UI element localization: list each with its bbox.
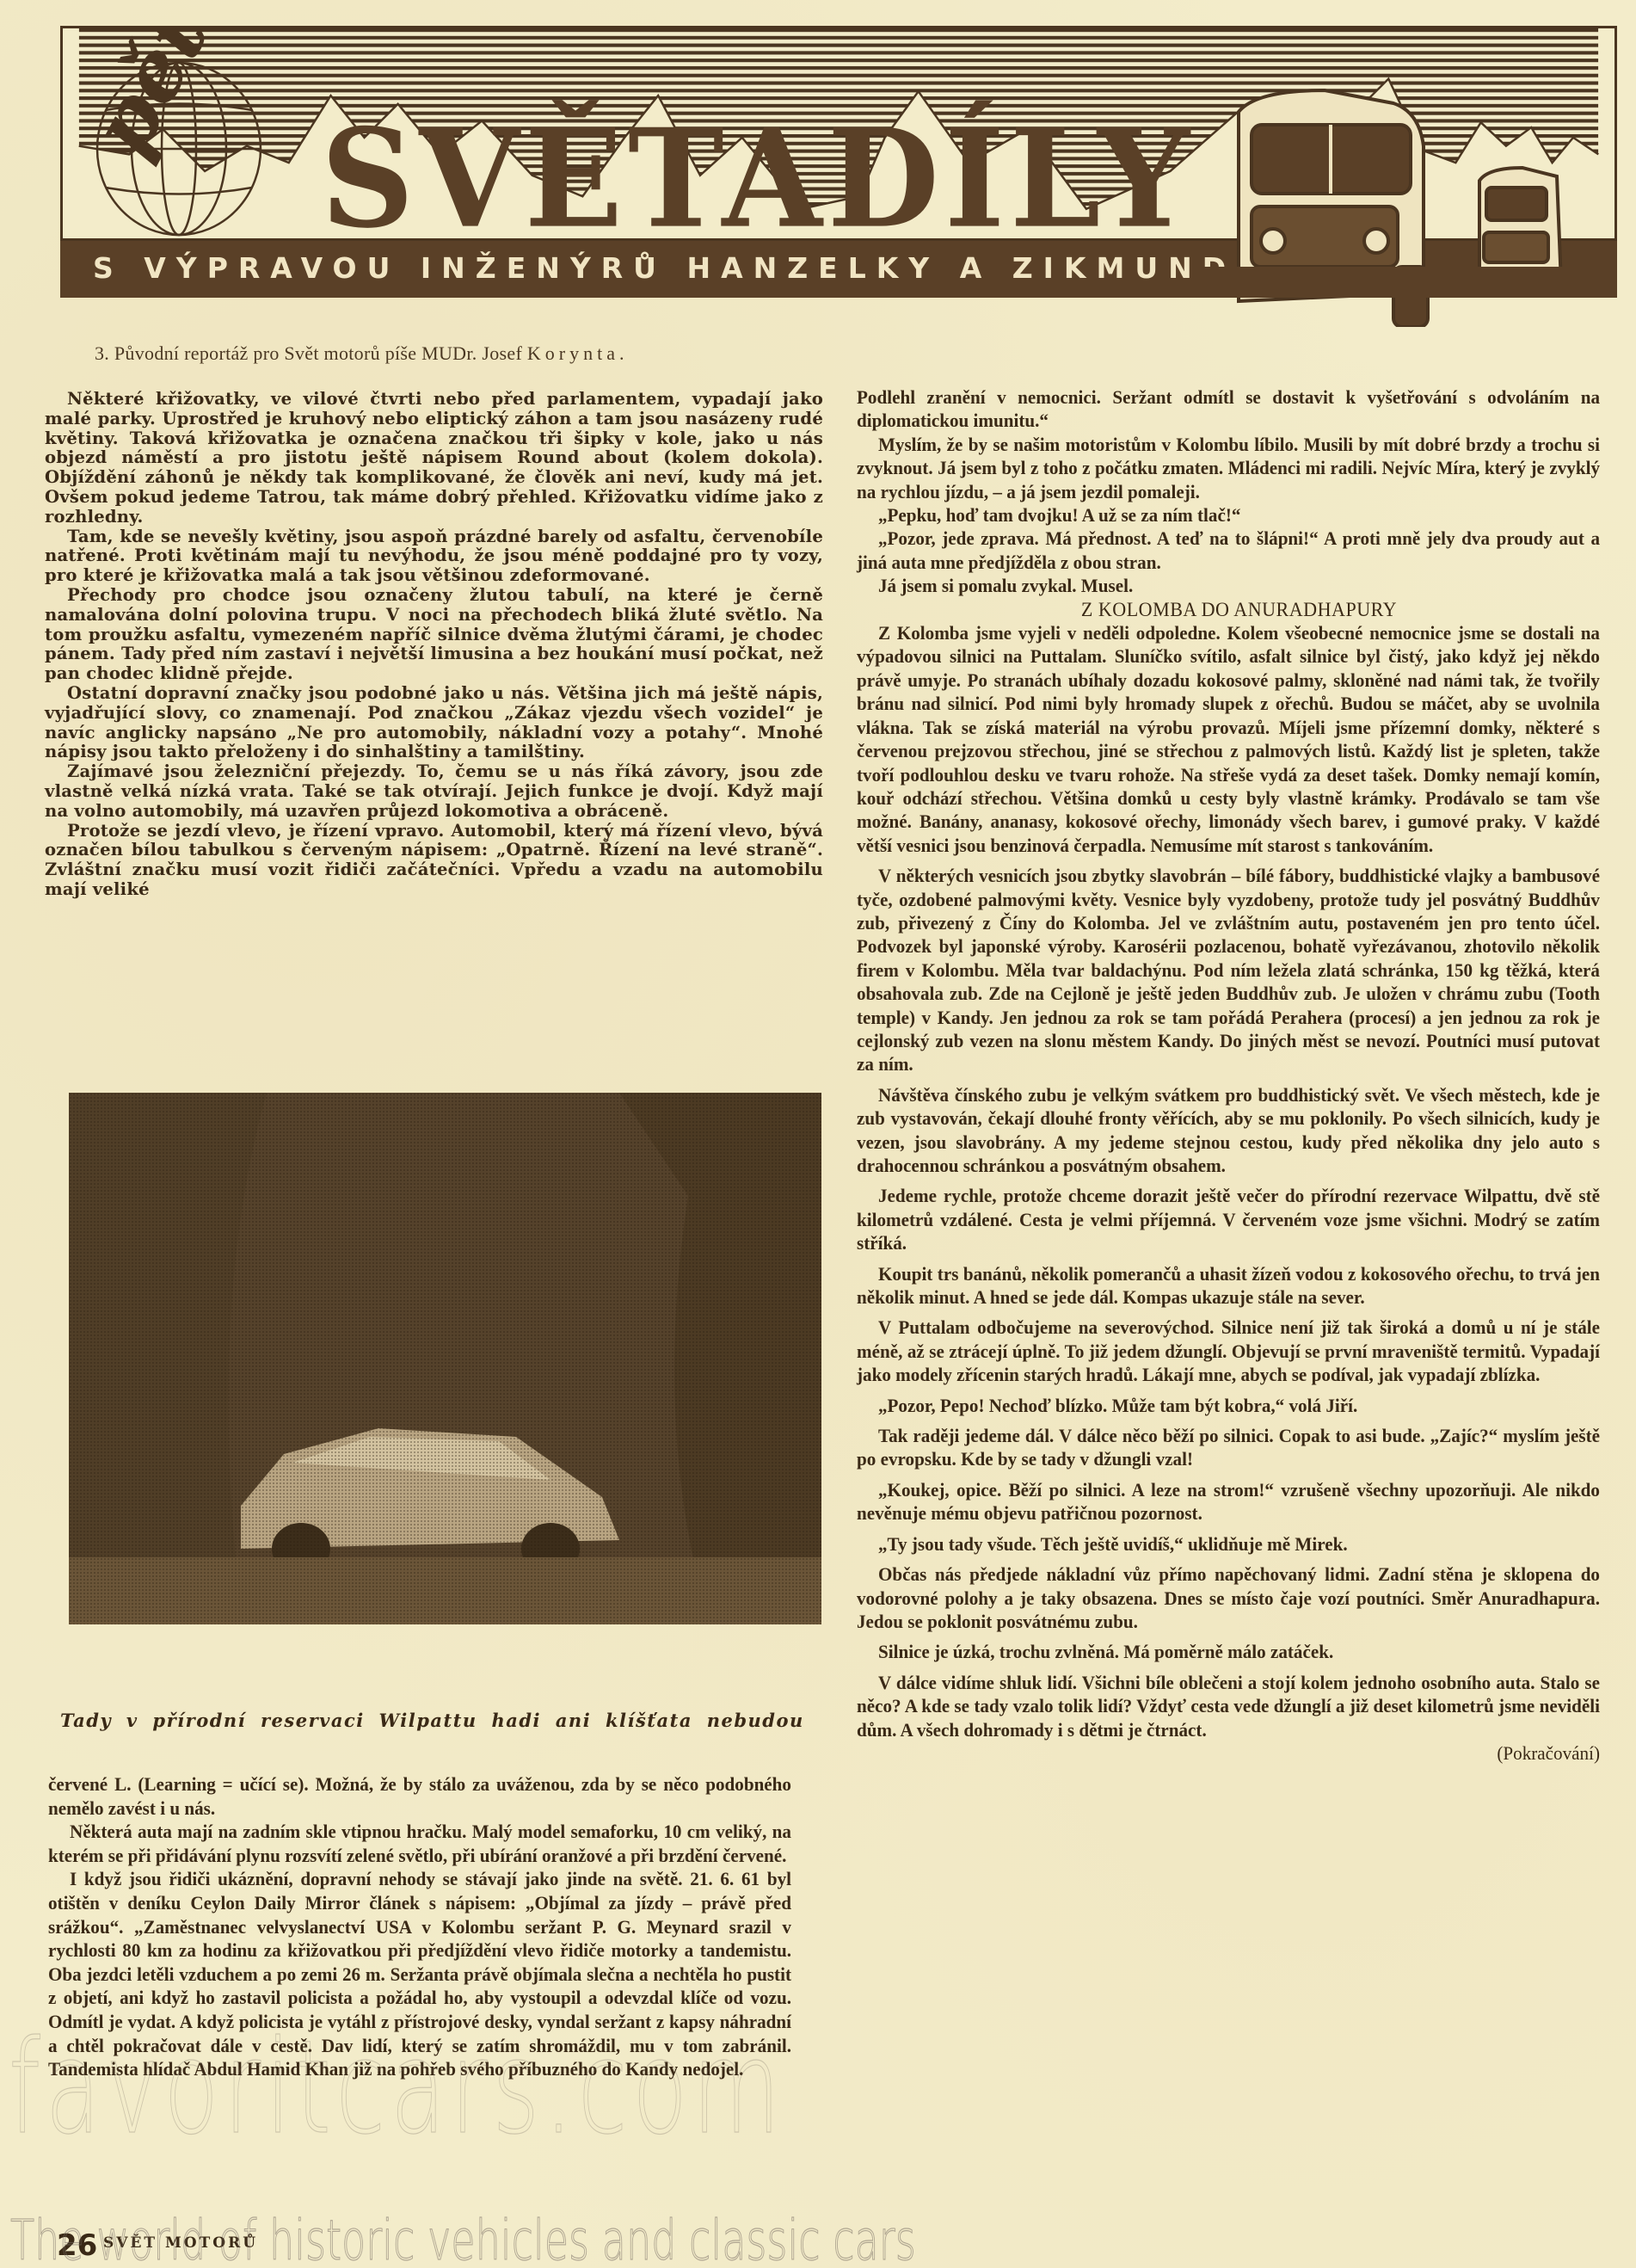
paragraph: Ostatní dopravní značky jsou podobné jak… [45,684,823,762]
article-right-column: Podlehl zranění v nemocnici. Seržant odm… [857,385,1600,1765]
paragraph: Zajímavé jsou železniční přejezdy. To, č… [45,762,823,821]
paragraph: Koupit trs banánů, několik pomerančů a u… [857,1262,1600,1310]
continued-label: (Pokračování) [857,1741,1600,1765]
magazine-name: SVĚT MOTORŮ [103,2234,258,2252]
paragraph: Podlehl zranění v nemocnici. Seržant odm… [857,385,1600,433]
car-under-trees-photo [69,1093,821,1624]
paragraph: Jedeme rychle, protože chceme dorazit je… [857,1184,1600,1254]
paragraph: Některé křižovatky, ve vilové čtvrti neb… [45,390,823,527]
paragraph: Některá auta mají na zadním skle vtipnou… [48,1820,791,1867]
paragraph: Tak raději jedeme dál. V dálce něco běží… [857,1424,1600,1471]
section-heading: Z KOLOMBA DO ANURADHAPURY [857,598,1600,621]
article-photo [69,1093,821,1624]
expedition-trucks-illustration [1204,77,1608,327]
article-left-column-top: Některé křižovatky, ve vilové čtvrti neb… [45,390,823,900]
paragraph: Návštěva čínského zubu je velkým svátkem… [857,1083,1600,1178]
paragraph: „Pepku, hoď tam dvojku! A už se za ním t… [857,503,1600,527]
paragraph: „Pozor, Pepo! Nechoď blízko. Může tam bý… [857,1394,1600,1417]
paragraph: V dálce vidíme shluk lidí. Všichni bíle … [857,1671,1600,1741]
masthead: pěti SVĚTADÍLY S VÝPRAVOU INŽENÝRŮ HANZE… [60,26,1617,318]
masthead-subtitle: S VÝPRAVOU INŽENÝRŮ HANZELKY A ZIKMUNDA [93,251,1269,285]
paragraph: červené L. (Learning = učící se). Možná,… [48,1772,791,1820]
paragraph: Já jsem si pomalu zvykal. Musel. [857,574,1600,597]
paragraph: Z Kolomba jsme vyjeli v neděli odpoledne… [857,621,1600,857]
paragraph: I když jsou řidiči ukáznění, dopravní ne… [48,1867,791,2080]
paragraph: Občas nás předjede nákladní vůz přímo na… [857,1562,1600,1633]
paragraph: Tam, kde se nevešly květiny, jsou aspoň … [45,527,823,586]
paragraph: V některých vesnicích jsou zbytky slavob… [857,864,1600,1076]
byline-author: Korynta. [527,342,629,364]
masthead-title: SVĚTADÍLY [321,111,1195,241]
photo-caption: Tady v přírodní reservaci Wilpattu hadi … [60,1710,826,1731]
paragraph: Myslím, že by se našim motoristům v Kolo… [857,433,1600,503]
paragraph: „Pozor, jede zprava. Má přednost. A teď … [857,527,1600,574]
paragraph: Přechody pro chodce jsou označeny žlutou… [45,586,823,684]
byline: 3. Původní reportáž pro Svět motorů píše… [95,342,629,365]
paragraph: Silnice je úzká, trochu zvlněná. Má pomě… [857,1640,1600,1663]
byline-prefix: 3. Původní reportáž pro Svět motorů píše… [95,342,522,364]
paragraph: V Puttalam odbočujeme na severovýchod. S… [857,1316,1600,1386]
page-number: 26 [57,2228,97,2263]
paragraph: „Ty jsou tady všude. Těch ještě uvidíš,“… [857,1532,1600,1556]
paragraph: Protože se jezdí vlevo, je řízení vpravo… [45,822,823,900]
article-left-column-bottom: červené L. (Learning = učící se). Možná,… [48,1772,791,2081]
paragraph: „Koukej, opice. Běží po silnici. A leze … [857,1478,1600,1525]
